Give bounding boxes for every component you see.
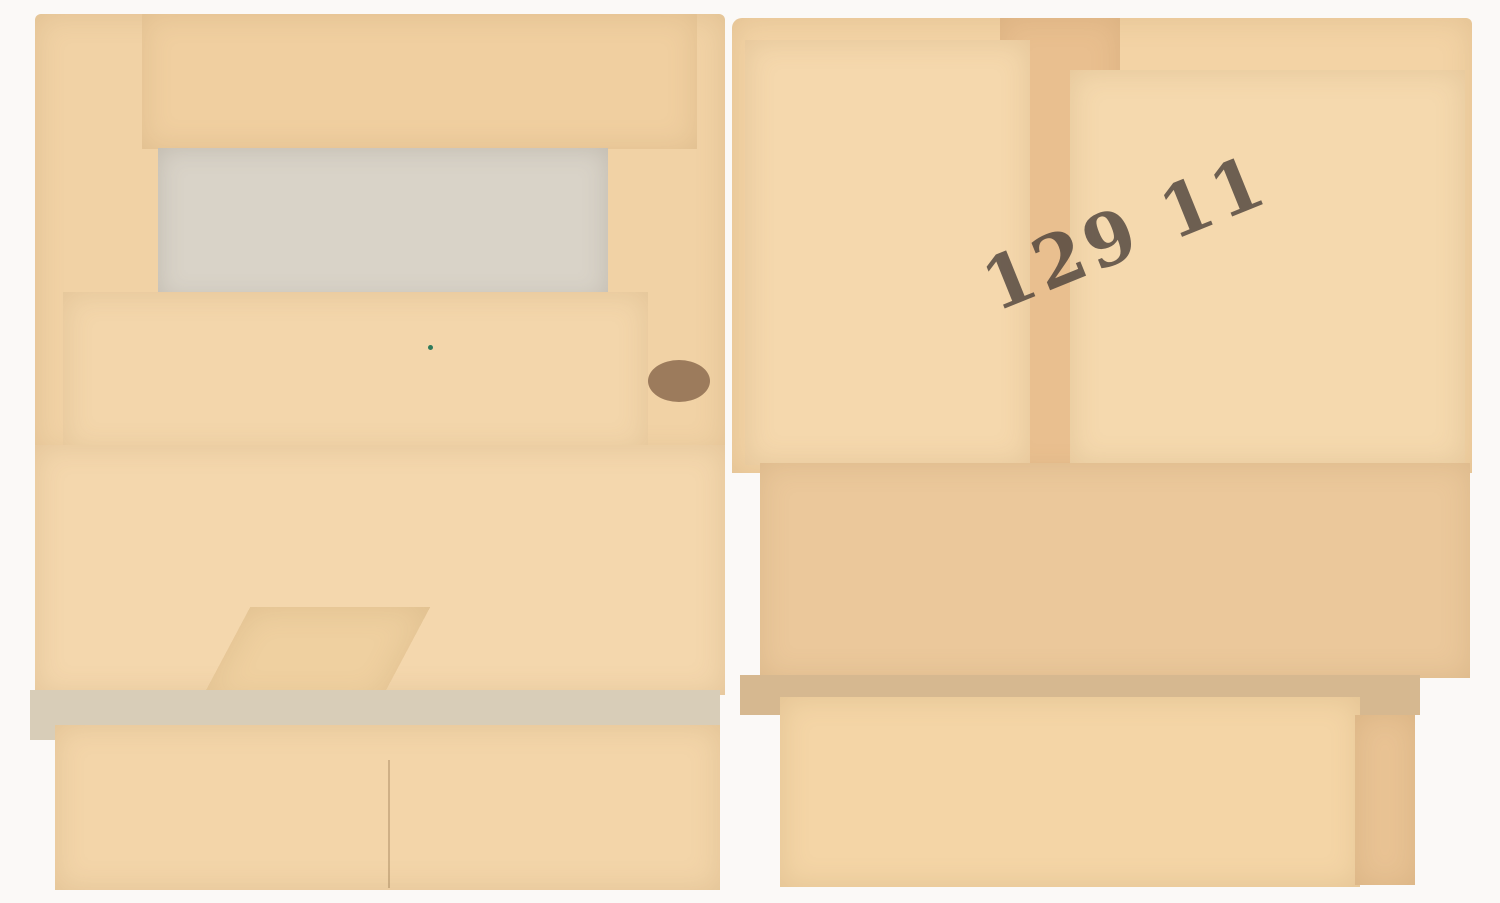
left-box-base-seam (388, 760, 390, 888)
left-box-grey-label (158, 148, 608, 300)
right-box-base-side (1355, 715, 1415, 885)
right-box-lid-front (760, 463, 1470, 678)
left-box-green-dot (428, 345, 433, 350)
left-box-front-flap (63, 292, 648, 452)
left-box-top-flap (142, 14, 697, 149)
left-box-stain (648, 360, 710, 402)
right-box-base-flap (780, 697, 1360, 887)
